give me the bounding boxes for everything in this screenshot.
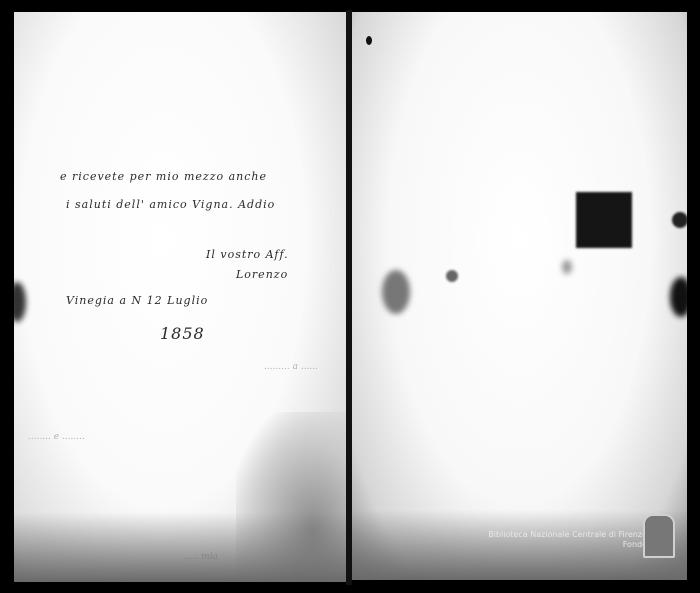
closing-line: Il vostro Aff. — [206, 248, 289, 261]
ink-blot — [382, 270, 410, 314]
left-page: e ricevete per mio mezzo anche i saluti … — [14, 12, 346, 582]
bleed-text-2: ......... a ...... — [264, 362, 318, 372]
place-date: Vinegia a N 12 Luglio — [66, 294, 208, 307]
stain-dot — [562, 260, 572, 274]
watermark-line-1: Biblioteca Nazionale Centrale di Firenze — [488, 530, 647, 540]
year: 1858 — [160, 324, 205, 343]
letter-line-2: i saluti dell' amico Vigna. Addio — [66, 198, 275, 211]
bleed-text-1: ........ e ........ — [28, 432, 85, 442]
library-seal-icon — [643, 514, 675, 558]
right-page: Biblioteca Nazionale Centrale di Firenze… — [352, 12, 687, 580]
edge-blot — [670, 277, 687, 317]
ink-dot — [446, 270, 458, 282]
ink-dot — [366, 36, 372, 45]
edge-blot — [672, 212, 687, 228]
watermark-line-2: Fondo — [488, 540, 647, 550]
signature: Lorenzo — [236, 268, 288, 281]
edge-smudge — [14, 282, 26, 322]
square-stain — [576, 192, 632, 248]
letter-line-1: e ricevete per mio mezzo anche — [60, 170, 267, 183]
library-watermark: Biblioteca Nazionale Centrale di Firenze… — [488, 530, 647, 550]
bottom-shade — [14, 512, 346, 582]
